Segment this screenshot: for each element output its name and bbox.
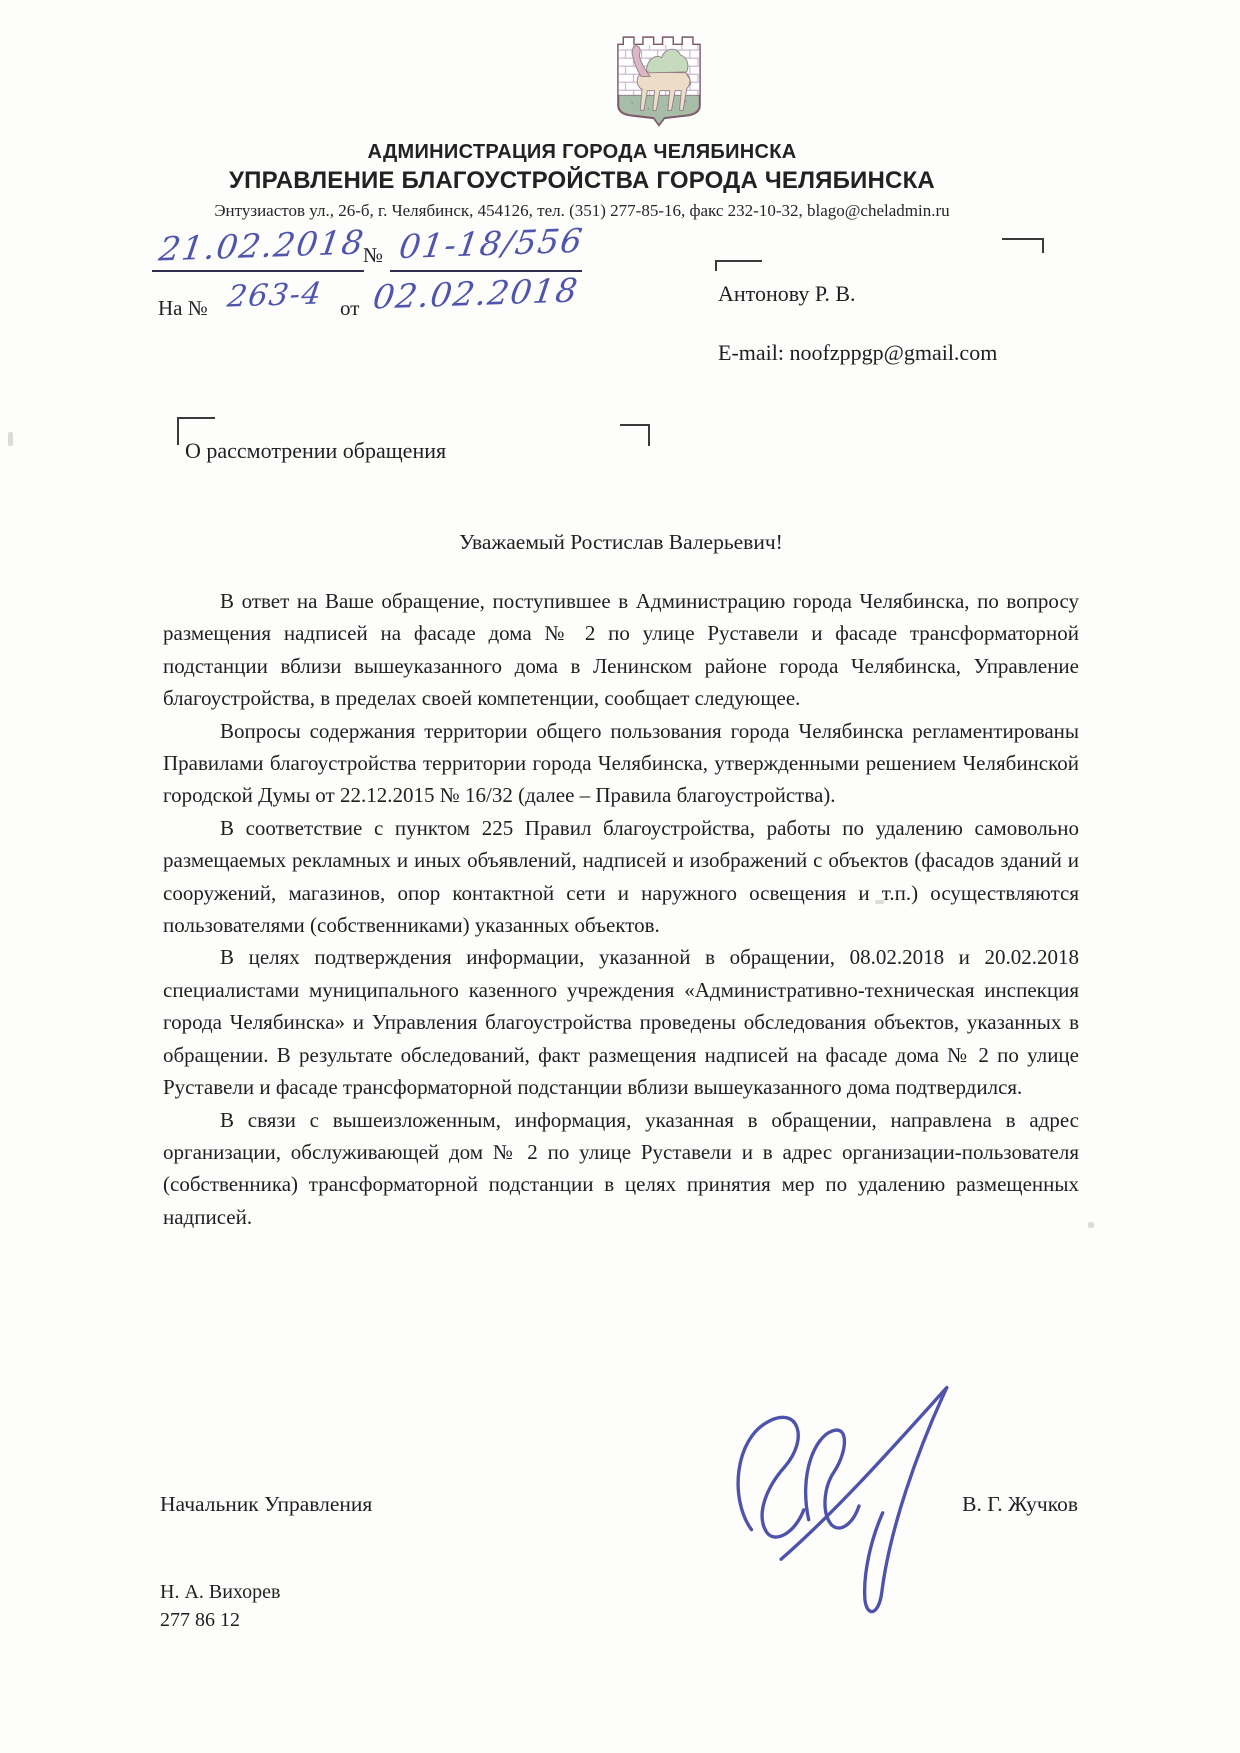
scan-artifact	[875, 900, 884, 904]
handwritten-outgoing-number: 01-18/556	[397, 221, 586, 266]
salutation: Уважаемый Ростислав Валерьевич!	[163, 530, 1079, 555]
handwritten-incoming-number: 263-4	[225, 276, 324, 314]
letter-body: В ответ на Ваше обращение, поступившее в…	[163, 585, 1079, 1233]
signer-position-title: Начальник Управления	[160, 1492, 372, 1517]
date-underline	[152, 270, 364, 272]
body-paragraph: В целях подтверждения информации, указан…	[163, 941, 1079, 1103]
subject-zone-corner-right-icon	[620, 424, 650, 446]
recipient-zone-corner-left-icon	[715, 260, 762, 271]
body-paragraph: Вопросы содержания территории общего пол…	[163, 715, 1079, 812]
body-paragraph: В ответ на Ваше обращение, поступившее в…	[163, 585, 1079, 715]
organization-name-line2: УПРАВЛЕНИЕ БЛАГОУСТРОЙСТВА ГОРОДА ЧЕЛЯБИ…	[0, 167, 1164, 195]
body-paragraph: В соответствие с пунктом 225 Правил благ…	[163, 812, 1079, 942]
organization-name-line1: АДМИНИСТРАЦИЯ ГОРОДА ЧЕЛЯБИНСКА	[0, 141, 1164, 164]
letterhead: АДМИНИСТРАЦИЯ ГОРОДА ЧЕЛЯБИНСКА УПРАВЛЕН…	[0, 141, 1164, 221]
scanned-letter-page: АДМИНИСТРАЦИЯ ГОРОДА ЧЕЛЯБИНСКА УПРАВЛЕН…	[0, 0, 1240, 1753]
recipient-zone-corner-right-icon	[1002, 238, 1044, 253]
signer-name: В. Г. Жучков	[962, 1492, 1078, 1517]
number-sign-label: №	[363, 243, 383, 268]
handwritten-incoming-date: 02.02.2018	[371, 270, 582, 316]
recipient-name: Антонову Р. В.	[718, 281, 856, 307]
reply-to-number-label: На №	[158, 296, 208, 321]
letter-subject: О рассмотрении обращения	[185, 438, 446, 464]
executor-name: Н. А. Вихорев	[160, 1581, 281, 1604]
recipient-email: E-mail: noofzppgp@gmail.com	[718, 340, 997, 366]
reply-from-label: от	[340, 296, 359, 321]
executor-phone: 277 86 12	[160, 1609, 240, 1632]
organization-address: Энтузиастов ул., 26-б, г. Челябинск, 454…	[0, 201, 1164, 221]
scan-artifact	[8, 432, 13, 446]
body-paragraph: В связи с вышеизложенным, информация, ук…	[163, 1104, 1079, 1234]
coat-of-arms-icon	[605, 30, 713, 130]
scan-artifact	[1088, 1222, 1094, 1228]
handwritten-outgoing-date: 21.02.2018	[157, 222, 368, 268]
